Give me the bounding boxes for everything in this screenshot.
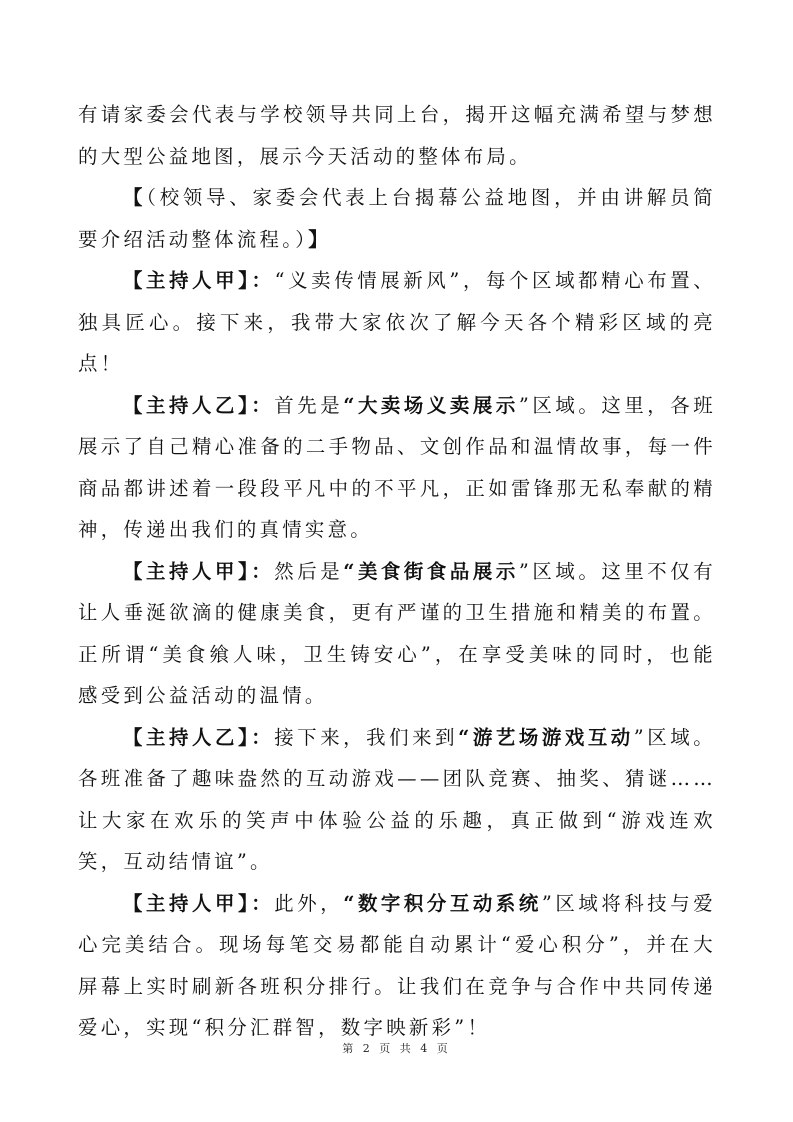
paragraph-host-a-points: 【主持人甲】：此外，“数字积分互动系统”区域将科技与爱心完美结合。现场每笔交易都…: [78, 883, 716, 1049]
speaker-label: 【主持人甲】：: [123, 560, 274, 583]
paragraph-host-b-games: 【主持人乙】：接下来，我们来到“游艺场游戏互动”区域。各班准备了趣味盎然的互动游…: [78, 717, 716, 883]
speech-text: 接下来，我们来到: [274, 726, 458, 749]
speaker-label: 【主持人甲】：: [123, 269, 275, 292]
zone-name: “大卖场义卖展示: [343, 394, 519, 417]
paragraph-stage-direction: 【（校领导、家委会代表上台揭幕公益地图，并由讲解员简要介绍活动整体流程。）】: [78, 177, 716, 260]
page-number: 第 2 页 共 4 页: [342, 1042, 450, 1055]
speaker-label: 【主持人甲】：: [123, 892, 274, 915]
document-page: 有请家委会代表与学校领导共同上台，揭开这幅充满希望与梦想的大型公益地图，展示今天…: [78, 94, 716, 1049]
text-run: 有请家委会代表与学校领导共同上台，揭开这幅充满希望与梦想的大型公益地图，展示今天…: [78, 103, 716, 168]
paragraph-host-b-market: 【主持人乙】：首先是“大卖场义卖展示”区域。这里，各班展示了自己精心准备的二手物…: [78, 385, 716, 551]
stage-direction-text: （校领导、家委会代表上台揭幕公益地图，并由讲解员简要介绍活动整体流程。）: [78, 186, 716, 251]
paragraph-host-a-food: 【主持人甲】：然后是“美食街食品展示”区域。这里不仅有让人垂涎欲滴的健康美食，更…: [78, 551, 716, 717]
zone-name: “数字积分互动系统: [343, 892, 542, 915]
paragraph-unveil-invitation: 有请家委会代表与学校领导共同上台，揭开这幅充满希望与梦想的大型公益地图，展示今天…: [78, 94, 716, 177]
speech-text: 然后是: [274, 560, 343, 583]
bracket-close: 】: [308, 228, 331, 251]
zone-name: “游艺场游戏互动: [458, 726, 634, 749]
speaker-label: 【主持人乙】：: [123, 726, 274, 749]
paragraph-host-a-intro: 【主持人甲】：“义卖传情展新风”，每个区域都精心布置、独具匠心。接下来，我带大家…: [78, 260, 716, 385]
speech-text: 此外，: [274, 892, 343, 915]
bracket-open: 【: [123, 186, 146, 209]
speech-text: 首先是: [274, 394, 343, 417]
speaker-label: 【主持人乙】：: [123, 394, 274, 417]
zone-name: “美食街食品展示: [343, 560, 519, 583]
page-footer: 第 2 页 共 4 页: [0, 1040, 793, 1056]
